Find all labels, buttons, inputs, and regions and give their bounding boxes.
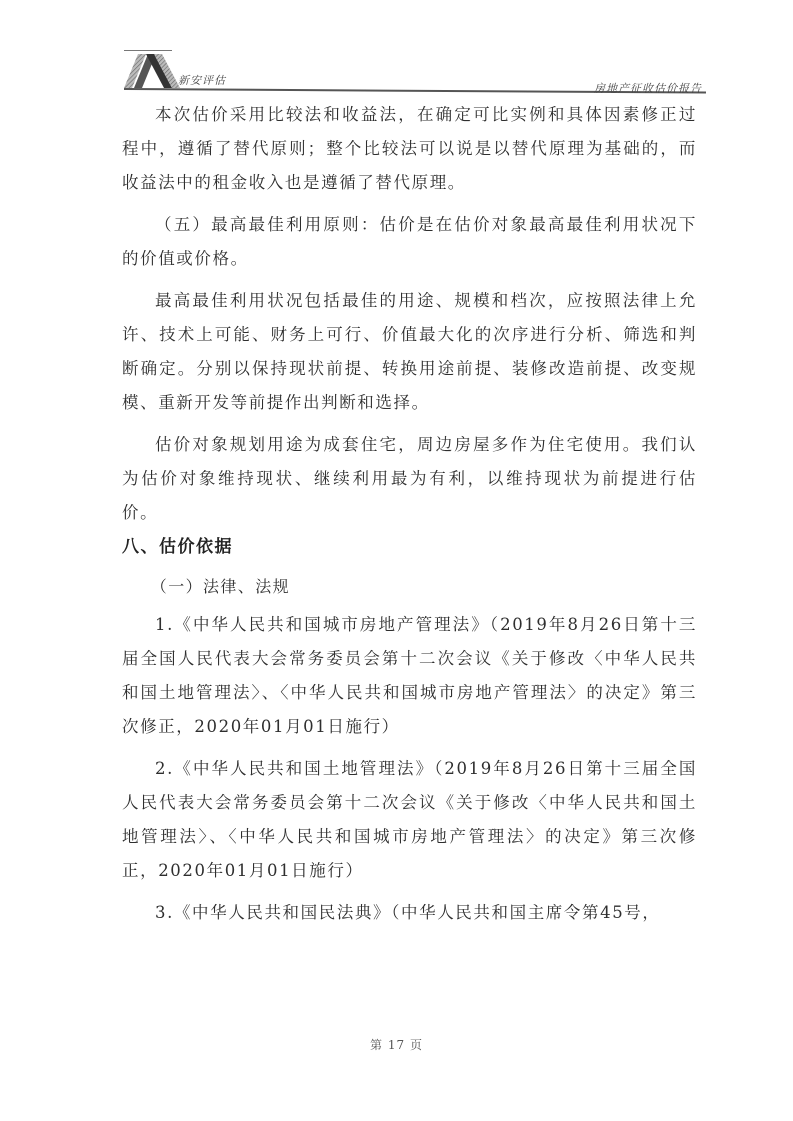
law-item-3: 3.《中华人民共和国民法典》（中华人民共和国主席令第45号， bbox=[122, 896, 697, 930]
paragraph-highest-best-use-principle: （五）最高最佳利用原则：估价是在估价对象最高最佳利用状况下的价值或价格。 bbox=[122, 208, 697, 276]
law-item-1: 1.《中华人民共和国城市房地产管理法》（2019年8月26日第十三届全国人民代表… bbox=[122, 608, 697, 744]
law-item-2: 2.《中华人民共和国土地管理法》（2019年8月26日第十三届全国人民代表大会常… bbox=[122, 752, 697, 888]
company-name: 新安评估 bbox=[178, 72, 226, 88]
page-header: 新安评估 房地产征收估价报告 bbox=[124, 50, 714, 96]
paragraph-substitution: 本次估价采用比较法和收益法，在确定可比实例和具体因素修正过程中，遵循了替代原则；… bbox=[122, 98, 697, 200]
subsection-heading: （一）法律、法规 bbox=[122, 570, 697, 604]
page-body: 本次估价采用比较法和收益法，在确定可比实例和具体因素修正过程中，遵循了替代原则；… bbox=[122, 98, 697, 930]
paragraph-highest-best-use-detail: 最高最佳利用状况包括最佳的用途、规模和档次，应按照法律上允许、技术上可能、财务上… bbox=[122, 284, 697, 420]
section-heading: 八、估价依据 bbox=[122, 530, 697, 564]
report-title: 房地产征收估价报告 bbox=[594, 80, 702, 96]
page-number: 第 17 页 bbox=[0, 1036, 793, 1053]
paragraph-valuation-premise: 估价对象规划用途为成套住宅，周边房屋多作为住宅使用。我们认为估价对象维持现状、继… bbox=[122, 428, 697, 530]
